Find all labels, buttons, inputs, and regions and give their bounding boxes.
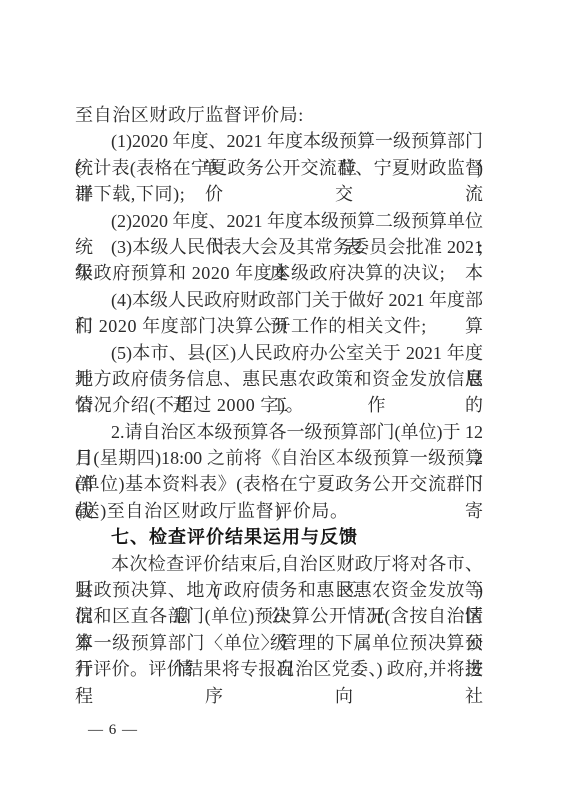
text-block: 至自治区财政厅监督评价局:(1)2020 年度、2021 年度本级预算一级预算部…: [75, 102, 483, 683]
text-line: 行评价。评价结果将专报自治区党委、政府,并将按程序向社: [75, 656, 483, 682]
text-line: (5)本市、县(区)人民政府办公室关于 2021 年度开展: [75, 340, 483, 366]
text-line: 地方政府债务信息、惠民惠农政策和资金发放信息公开工作的: [75, 366, 483, 392]
text-line: 日(星期四)18:00 之前将《自治区本级预算一级预算部门: [75, 445, 483, 471]
text-line: (1)2020 年度、2021 年度本级预算一级预算部门(单位): [75, 128, 483, 154]
text-line: 财政预决算、地方政府债务和惠民惠农资金发放等信息公开情: [75, 577, 483, 603]
text-line: (2)2020 年度、2021 年度本级预算二级预算单位统计表;: [75, 208, 483, 234]
page-number: — 6 —: [88, 722, 138, 738]
text-line: (4)本级人民政府财政部门关于做好 2021 年度部门预算: [75, 287, 483, 313]
text-line: 算一级预算部门〈单位〉管理的下属单位预决算公开情况)进: [75, 630, 483, 656]
text-line: 况和区直各部门(单位)预决算公开情况(含按自治区本级预: [75, 603, 483, 629]
document-page: 至自治区财政厅监督评价局:(1)2020 年度、2021 年度本级预算一级预算部…: [0, 0, 566, 800]
text-line: 本次检查评价结束后,自治区财政厅将对各市、县(区): [75, 551, 483, 577]
text-line: 2.请自治区本级预算各一级预算部门(单位)于 12 月 2: [75, 419, 483, 445]
text-line: 统计表(表格在宁夏政务公开交流群、宁夏财政监督评价交流: [75, 155, 483, 181]
text-line: 至自治区财政厅监督评价局:: [75, 102, 483, 128]
text-line: (单位)基本资料表》(表格在宁夏政务公开交流群下载)寄: [75, 471, 483, 497]
text-line: (3)本级人民代表大会及其常务委员会批准 2021 年度本: [75, 234, 483, 260]
text-line: 级政府预算和 2020 年度本级政府决算的决议;: [75, 260, 483, 286]
text-line: 和 2020 年度部门决算公开工作的相关文件;: [75, 313, 483, 339]
section-heading: 七、检查评价结果运用与反馈: [75, 524, 483, 550]
